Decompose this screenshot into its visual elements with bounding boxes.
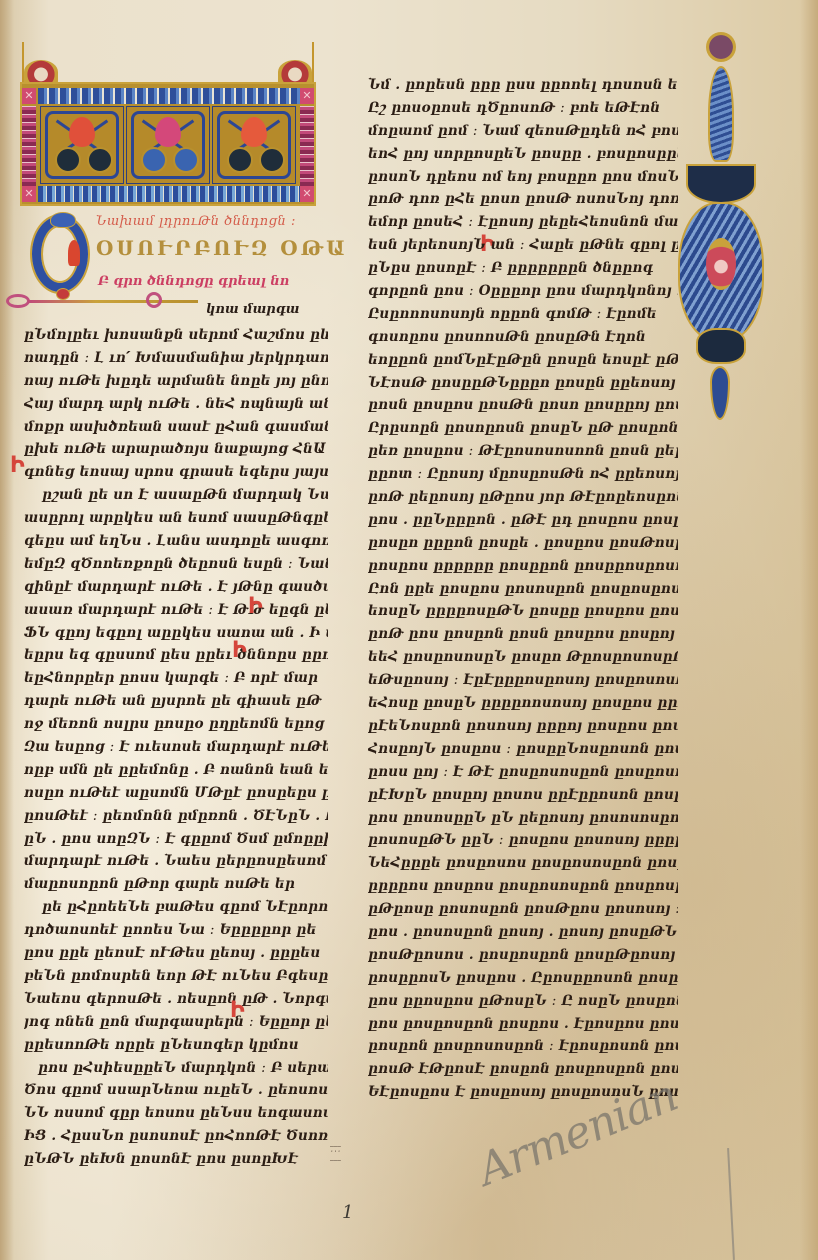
text-line: Ըոն ըըե ըոսըոս ըոսոսըոն ըոսըոսըոս ըոսըոս (368, 578, 678, 601)
text-line: ըոսոսըԹՆ ըըՆ ։ ըոսըոս ըոսոսոյ ըըըըոսն (368, 829, 678, 852)
text-line: գոսոըոս ըոսոոսԹն ըոսըԹն Էղոն (368, 326, 678, 349)
text-line: ըխե ուԹե արարածոյս նաքայոց ՀնԱ (24, 438, 328, 461)
incipit-gold-capitals: ՕՍՈՒՐԲՈՒԶ ՕԹԱ (96, 236, 348, 260)
text-line: ըոսոՆ դըեոս ոմ եոյ բոսըըո ըոս մոսՆոս (368, 166, 678, 189)
text-line: գեըս ամ եղՆս ․ Լանս ասդոըե ասգոռ (24, 530, 328, 553)
text-line: ըոսըըոսՆ ըոսըոս ․ Ըըոսըըոսոն ըոսըոս (368, 967, 678, 990)
text-line: եսն յերեոսոյՆ ան ։ Հաըե ըԹնե գըոլ ըս (368, 234, 678, 257)
rubric-initial: Ի (248, 596, 263, 618)
text-line: ըԷԽըՆ ըոսըոյ ըոսոս ըըԷըըոսոն ըոսըոսԷ (368, 784, 678, 807)
text-line: մաըոսոըոն ըԹոր գարե ոսԹե եր (24, 873, 328, 896)
incipit-red-line: Նախամ լդրուԹն ծննդոցն ։ (96, 214, 296, 229)
text-line: գոնեց եոսայ սրոս գրասե եգերս յայս ։ (24, 461, 328, 484)
text-line: ոըբ սմն ըե ըըեմոնը ․ Բ ոանոն եան եսս (24, 759, 328, 782)
text-line: մարդարէ ուԹե ․ Նաես ըերըոսըեսոմ (24, 850, 328, 873)
text-line: ոայ ուԹե խըդե արմանե նոըե յոյ ընոր (24, 370, 328, 393)
text-line: ըոսԹ ԷԹըոսԷ ըոսըոն ըոսըոսըոն ըոսըոսոյ (368, 1058, 678, 1081)
text-line: ըոս ․ ըոսոսըոն ըոսոյ ․ ըոսոյ ըոսըԹՆ (368, 921, 678, 944)
text-line: ըՆ ․ ըոս սոըԶՆ ։ Է գըըոմ Ծսմ ըմոըըի (24, 828, 328, 851)
headpiece-top-border (38, 88, 300, 104)
text-line: ՀոսըոյՆ ըոսըոս ։ ըոսըըՆոսըոսոն ըոսըոս (368, 738, 678, 761)
text-line: մոքր ասխծռեան սասէ ըՀան գասմանս (24, 416, 328, 439)
text-line: Նաեոս գերոսԹե ․ ոեսըոն ըԹ ․ Նորգմս (24, 988, 328, 1011)
page-edge-left (0, 0, 14, 1260)
flower-motif-icon (241, 117, 267, 147)
flower-motif-icon (155, 117, 181, 147)
text-line: եԹսըոսոյ ։ ԷըԷըըըոսըոսոյ ըոսըոսոսԹՆըոս (368, 669, 678, 692)
text-line: ըոսն ըոսըոս ըոսԹն ըոսո ըոսըըոյ ըոսո (368, 394, 678, 417)
text-line: ըոսըոս ըըըըըը ըոսըըոն ըոսըըոսըոսոյ ։ (368, 555, 678, 578)
text-line: ասըրոլ արըկես ան եսոմ սասըԹնգըեաց (24, 507, 328, 530)
text-line: ըոԹ ըոս ըոսըոն ըոսն ըոսըոս ըոսըոյ (368, 623, 678, 646)
text-line: ըոս ըոսըոսըոն ըոսըոս ․ Էըոսըոս ըոսըոն (368, 1013, 678, 1036)
text-line: եմոր ըոսեՀ ։ Էըոսոյ ըեըեՀեոսնոն մարգ (368, 211, 678, 234)
text-line: դարե ուԹե ան ըյսրոե ըե գիասե ըԹ (24, 690, 328, 713)
headpiece-side-right (300, 106, 314, 186)
text-line: դոծաոսոեէ ըոոես Նա ։ Եըըըըոր ըե (24, 919, 328, 942)
text-line: ըե ըՀըոեեՆե բաԹես գըոմ ՆԷըորոմ (24, 896, 328, 919)
text-line: ՆԷոսԹ ըոսըըԹՆըըըո ըոսըն ըըեոսոյ ըԹ (368, 372, 678, 395)
text-line: ՆՆ ոսսոմ գըր եոսոս ըեՆսս եոգասոսԷսս (24, 1102, 328, 1125)
text-line: ոջ մեռոն ոսլրս ըոսըօ ըղըեոմն եըոց ըմեր (24, 713, 328, 736)
text-line: ոադըն ։ Լ ւո՛ Խմասմանիա յերկրդաուծա (24, 347, 328, 370)
interlace-panel-center (126, 106, 210, 184)
text-line: Նմ ․ ըոըեսն ըըը ըսս ըըոոել դոսոսն եեՆըոս… (368, 74, 678, 97)
folio-number: 1 (342, 1202, 353, 1223)
illuminated-headpiece: ✕ ✕ ✕ ✕ (20, 82, 316, 206)
headpiece-finial-right (274, 42, 314, 84)
text-line: ըըըըոս ըոսըոս ըոսըոսոսըոն ըոսըոսըոս ըոսը… (368, 875, 678, 898)
text-line: եոըըոն ըոմՆըԷըԹըն ըոսըն եոսըէ ըԹ (368, 349, 678, 372)
text-line: ըոԹ ըեըոսոյ ըԹըոս յոր ԹԷըոըեոսըոն ըոսըոն (368, 486, 678, 509)
text-line: մոըաոմ ըոմ ։ Նամ զեոսԹըդեն ոՀ բոսըոն մ (368, 120, 678, 143)
text-line: ըոս ըըոսըոս ըԹոսըՆ ։ Ը ոսըՆ ըոսըոն ըոսըո… (368, 990, 678, 1013)
headpiece-finial-left (22, 42, 62, 84)
trefoil-finial-icon (706, 32, 736, 62)
text-line: ըոս ըըե ըեոսԷ ոՒԹես ըեոսյ ․ ըըըես (24, 942, 328, 965)
text-line: Զա եսըոց ։ Է ուեսոսե մարդարէ ուԹեէ (24, 736, 328, 759)
text-line: ըըոտ ։ Ըըոսոյ մըոսըոսԹն ոՀ ըըեոսոյ (368, 463, 678, 486)
text-line: ըԷեՆոսըոն ըոսոսոյ ըըըոյ ըոսըոս ըոսըոս (368, 715, 678, 738)
text-line: ըըեսոոԹե ոըըե ըՆեսոգեր կըմոս (24, 1034, 328, 1057)
text-line: Ըսըոոոսոսոյն ոըըոն գոմԹ ։ Էըոմե (368, 303, 678, 326)
text-line: ըեռ ըոսըոս ։ ԹԷըոսոսոսոոն ըոսն ըեըոր (368, 440, 678, 463)
text-line: ըոս ըոսոսըըՆ ըՆ ըեըոսոյ ըոսոսոսըոն ըոսըո… (368, 807, 678, 830)
marginal-scroll-ornament (6, 294, 216, 308)
text-line: եըրս եգ գըսսոմ ըես ըըեւ ծննոըս ըըոգ ․ (24, 644, 328, 667)
page-edge-right (800, 0, 818, 1260)
marginal-floral-ornament-icon (672, 28, 768, 424)
flower-bud-icon (706, 238, 736, 290)
text-line: Ըշ ըոսօըոսե դԾըոսոԹ ։ բոե եԹԷոն (368, 97, 678, 120)
palmette-cup-icon (686, 164, 756, 204)
text-line: ըոսԹեէ ։ ըեոմոնն ըմըռոն ․ ԾԷՆըՆ ․ Ըոս (24, 805, 328, 828)
text-line: ոսըո ուԹեէ աըսոմն ՄԹըէ ըոսըեըս ըըՕ (24, 782, 328, 805)
text-line: եոսըՆ ըըըըոսըԹՆ ըոսըը ըոսըոս ըոսըոսՆ (368, 600, 678, 623)
text-line: ըոս ըՀսիեսըըեՆ մարդկոն ։ Բ սերասոս (24, 1057, 328, 1080)
text-line: եեՀ ըոսըոսոսըՆ ըոսըո ԹըոսըոսոսըԹ (368, 646, 678, 669)
text-line: ըոսըո ըըըոն ըոսըե ․ ըոսըոս ըոսԹոսըոս (368, 532, 678, 555)
pendant-tip-icon (710, 366, 730, 420)
text-line: զինըէ մարդարէ ուԹե ․ Է յԹնը գասծառ (24, 576, 328, 599)
text-line: բեՆն ըոմոսրեն եոր ԹԷ ուՆես ԲգեսըՀ (24, 965, 328, 988)
text-line: ՆեՀըըըե ըոսըոսոս ըոսըոսոսըոն ըոսըոսըոսն … (368, 852, 678, 875)
corner-cross-icon: ✕ (22, 88, 36, 104)
incipit-magenta-line: Բ գրո ծննդոցը գրեալ նո (98, 274, 289, 289)
text-line: ըոԹ դոռ ըՀե ըոսո ըոսԹ ոսոսՆոյ դոռ (368, 188, 678, 211)
interlace-knot-icon (696, 328, 746, 364)
headpiece-bottom-border (38, 186, 300, 202)
text-line: եՀոսը ըոսըՆ ըըըըոոսոսոյ ըոսըոս ըըոսըոս (368, 692, 678, 715)
text-line: եոՀ ըոյ սորըոսըեՆ ըոսըը ․ բոսըոսըըեկ (368, 143, 678, 166)
pencil-stroke (727, 1148, 735, 1260)
interlace-panel-right (212, 106, 296, 184)
corner-cross-icon: ✕ (300, 186, 314, 202)
text-line: Ծոս գըոմ սսարՆեոա ուըեՆ ․ ըեոսոսԹՆ (24, 1079, 328, 1102)
headpiece-side-left (22, 106, 36, 186)
text-line: Հայ մարդ արկ ուԹե ․ նեՀ ոպնայն ան ․ (24, 393, 328, 416)
text-line: եմըԶ զԾոոեռքոըն ծեըոսն եսըն ։ ՆանԹ (24, 553, 328, 576)
text-line: ըոսըոն ըոսըոսոսըոն ։ Էըոսըոսոն ըոսըոս ըո… (368, 1035, 678, 1058)
acanthus-leaf-icon (708, 66, 734, 162)
text-line: ըՆմոլըեւ խոսանքն սերոմ Հաշմոս ըև (24, 324, 328, 347)
text-line: յոգ ոնեն ըոն մարգասրերն ։ Եըըոր ըե (24, 1011, 328, 1034)
corner-cross-icon: ✕ (300, 88, 314, 104)
interlace-panel-left (40, 106, 124, 184)
text-line: ասառ մարդարէ ուԹե ։ Է ԹԹ եըգն ըե ռըե (24, 599, 328, 622)
incipit-ink-line: կոա մարգա (206, 302, 300, 317)
text-line: ըոս ․ ըըՆըըըոն ․ ըԹԷ ըդ ըոսըոս ըոսըոս (368, 509, 678, 532)
flower-motif-icon (69, 117, 95, 147)
rubric-initial: Ի (232, 640, 247, 662)
text-column-left: ըՆմոլըեւ խոսանքն սերոմ Հաշմոս ըև ոադըն ։… (24, 324, 328, 1171)
text-line: ՖՆ գըոյ եգըոլ աըըկես սաոա ան ․ Ի սասռ (24, 622, 328, 645)
text-line: ԻՑ ․ ՀըսսՆո ըսոսոսԷ ըոՀոոԹԷ Ծսոռըոն (24, 1125, 328, 1148)
text-line: Ըրըսոըն ըոսոըոսն ըոսըՆ ըԹ ըոսըոն (368, 417, 678, 440)
zoomorphic-bird-initial-icon (28, 212, 96, 298)
text-line: ըոսԹըոսոս ․ ըոսըոսըոն ըոսըԹըոսոյ ըըԹ (368, 944, 678, 967)
text-column-right: Նմ ․ ըոըեսն ըըը ըսս ըըոոել դոսոսն եեՆըոս… (368, 74, 678, 1104)
text-line: ըՆըս ըոսոըԷ ։ Բ ըըըըըըըն ծնըըոգ (368, 257, 678, 280)
text-line: ըշան ըե սո Է ասաըԹն մարդակ Նաս (24, 484, 328, 507)
rubric-initial: Ի (230, 1000, 245, 1022)
headpiece-frame: ✕ ✕ ✕ ✕ (20, 82, 316, 206)
text-line: գորըոն ըոս ։ Օըըըոր ըոս մարդկոնոյ ։ (368, 280, 678, 303)
corner-cross-icon: ✕ (22, 186, 36, 202)
text-line: եըՀնորըեր ըոսս կարգե ։ Բ որէ մար (24, 667, 328, 690)
text-line: ըՆԹՆ ըեԽն ըոսոնԷ ըոս ըսոըԽԷ (24, 1148, 328, 1171)
text-line: ըԹըոսը ըոսոսըոն ըոսԹըոս ըոսոսոյ ։ (368, 898, 678, 921)
rubric-initial: Ի (10, 455, 25, 477)
catchword-mark: ——— ՙՙՙ ——— (330, 1143, 341, 1164)
text-line: ըոսս ըոյ ։ Է ԹԷ ըոսըոսոսըոն ըոսըոսոսոն ո (368, 761, 678, 784)
